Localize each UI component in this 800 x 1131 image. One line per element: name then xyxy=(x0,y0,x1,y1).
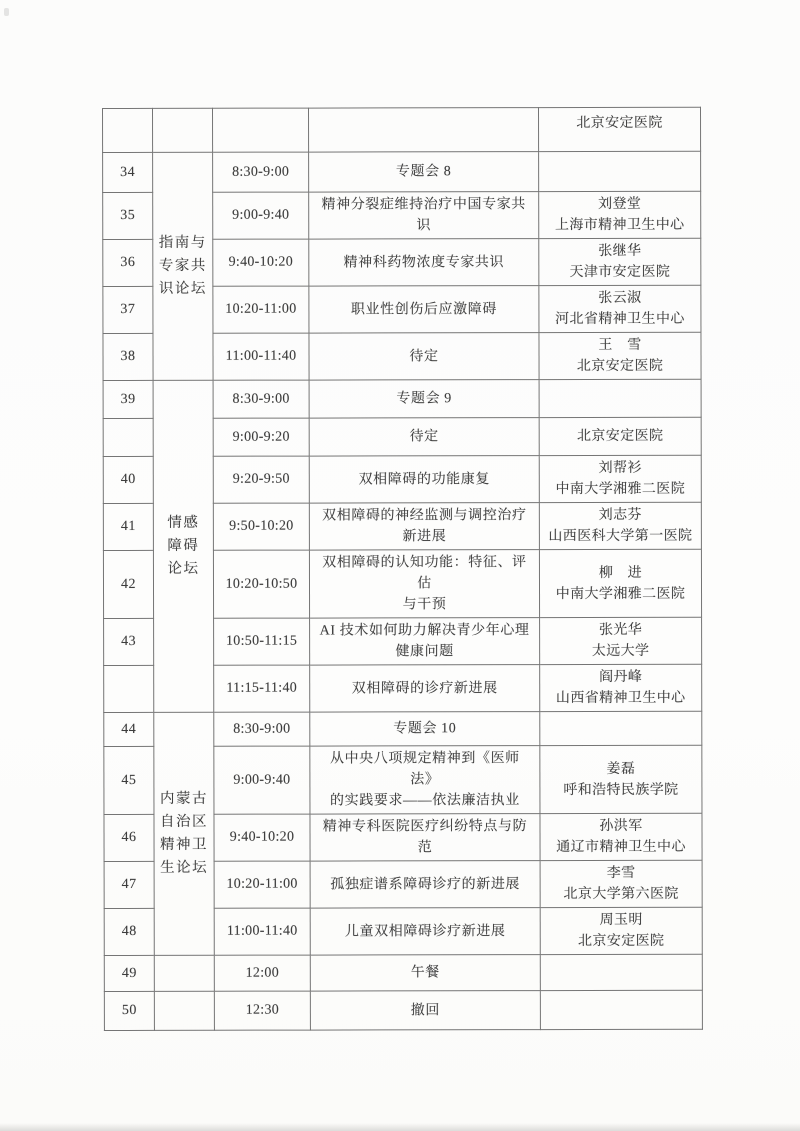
topic-cell: 从中央八项规定精神到《医师法》 的实践要求——依法廉洁执业 xyxy=(310,746,540,814)
table-row: 北京安定医院 xyxy=(103,107,701,152)
row-number-cell: 41 xyxy=(103,503,153,550)
time-cell xyxy=(213,108,309,152)
row-number-cell xyxy=(103,418,153,456)
row-number-cell xyxy=(103,108,153,152)
row-number-cell: 45 xyxy=(104,746,154,814)
time-cell: 9:40-10:20 xyxy=(213,239,309,286)
scan-artifact-mark xyxy=(4,8,9,16)
speaker-cell: 孙洪军 通辽市精神卫生中心 xyxy=(540,813,702,860)
topic-cell: 双相障碍的神经监测与调控治疗 新进展 xyxy=(309,503,539,550)
topic-cell: 儿童双相障碍诊疗新进展 xyxy=(310,908,540,955)
schedule-table: 北京安定医院 34 指南与 专家共 识论坛 8:30-9:00 专题会 8 35… xyxy=(102,107,703,1031)
speaker-cell: 刘帮衫 中南大学湘雅二医院 xyxy=(539,455,701,502)
speaker-cell: 刘志芬 山西医科大学第一医院 xyxy=(539,502,701,549)
time-cell: 9:20-9:50 xyxy=(213,456,309,503)
row-number-cell: 37 xyxy=(103,286,153,333)
time-cell: 9:00-9:40 xyxy=(214,746,310,814)
topic-cell: 双相障碍的诊疗新进展 xyxy=(310,665,540,712)
speaker-cell: 北京安定医院 xyxy=(539,417,701,455)
row-number-cell: 35 xyxy=(103,192,153,239)
speaker-cell: 姜磊 呼和浩特民族学院 xyxy=(540,745,702,813)
speaker-cell: 刘登堂 上海市精神卫生中心 xyxy=(539,191,701,238)
time-cell: 9:00-9:20 xyxy=(213,418,309,456)
table-row: 44 内蒙古 自治区 精神卫 生论坛 8:30-9:00 专题会 10 xyxy=(104,711,702,746)
topic-cell: 午餐 xyxy=(310,955,540,991)
speaker-cell xyxy=(539,379,701,417)
speaker-cell: 李雪 北京大学第六医院 xyxy=(540,860,702,907)
speaker-cell: 阎丹峰 山西省精神卫生中心 xyxy=(540,664,702,711)
topic-cell: 专题会 10 xyxy=(310,712,540,746)
speaker-cell: 柳 进 中南大学湘雅二医院 xyxy=(539,549,701,617)
speaker-cell xyxy=(540,990,702,1029)
topic-cell: 专题会 9 xyxy=(309,380,539,418)
time-cell: 11:00-11:40 xyxy=(213,333,309,380)
speaker-cell: 周玉明 北京安定医院 xyxy=(540,907,702,954)
time-cell: 10:20-11:00 xyxy=(214,861,310,908)
time-cell: 9:50-10:20 xyxy=(213,503,309,550)
scanned-page: 北京安定医院 34 指南与 专家共 识论坛 8:30-9:00 专题会 8 35… xyxy=(0,0,800,1131)
speaker-cell: 张继华 天津市安定医院 xyxy=(539,238,701,285)
table-row: 39 情感 障碍 论坛 8:30-9:00 专题会 9 xyxy=(103,379,701,418)
table-row: 50 12:30 撤回 xyxy=(104,990,702,1030)
forum-cell: 内蒙古 自治区 精神卫 生论坛 xyxy=(154,712,215,955)
speaker-cell: 张光华 太远大学 xyxy=(540,617,702,664)
row-number-cell: 44 xyxy=(104,712,154,746)
time-cell: 12:30 xyxy=(214,991,310,1030)
topic-cell: 撤回 xyxy=(310,991,540,1030)
topic-cell: 孤独症谱系障碍诊疗的新进展 xyxy=(310,861,540,908)
time-cell: 11:00-11:40 xyxy=(214,908,310,955)
speaker-cell xyxy=(539,151,701,191)
speaker-cell xyxy=(540,954,702,990)
row-number-cell: 46 xyxy=(104,814,154,861)
table-row: 49 12:00 午餐 xyxy=(104,954,702,991)
topic-cell: 精神分裂症维持治疗中国专家共识 xyxy=(309,192,539,239)
row-number-cell: 49 xyxy=(104,955,154,991)
row-number-cell xyxy=(104,665,154,712)
forum-cell xyxy=(153,108,213,152)
topic-cell xyxy=(309,108,539,152)
forum-cell: 指南与 专家共 识论坛 xyxy=(153,152,213,380)
row-number-cell: 50 xyxy=(104,991,154,1030)
row-number-cell: 38 xyxy=(103,333,153,380)
forum-cell: 情感 障碍 论坛 xyxy=(153,380,214,712)
speaker-cell xyxy=(540,711,702,745)
topic-cell: 待定 xyxy=(309,333,539,380)
topic-cell: 职业性创伤后应激障碍 xyxy=(309,286,539,333)
row-number-cell: 47 xyxy=(104,861,154,908)
time-cell: 10:50-11:15 xyxy=(214,618,310,665)
topic-cell: 双相障碍的认知功能：特征、评估 与干预 xyxy=(309,550,539,618)
row-number-cell: 43 xyxy=(104,618,154,665)
row-number-cell: 34 xyxy=(103,152,153,192)
table-row: 34 指南与 专家共 识论坛 8:30-9:00 专题会 8 xyxy=(103,151,701,192)
topic-cell: AI 技术如何助力解决青少年心理 健康问题 xyxy=(310,618,540,665)
time-cell: 9:40-10:20 xyxy=(214,814,310,861)
row-number-cell: 40 xyxy=(103,456,153,503)
time-cell: 10:20-10:50 xyxy=(213,550,309,618)
time-cell: 10:20-11:00 xyxy=(213,286,309,333)
speaker-cell: 张云淑 河北省精神卫生中心 xyxy=(539,285,701,332)
topic-cell: 专题会 8 xyxy=(309,152,539,192)
topic-cell: 精神科药物浓度专家共识 xyxy=(309,239,539,286)
topic-cell: 精神专科医院医疗纠纷特点与防范 xyxy=(310,814,540,861)
time-cell: 9:00-9:40 xyxy=(213,192,309,239)
topic-cell: 待定 xyxy=(309,418,539,456)
speaker-cell: 北京安定医院 xyxy=(539,107,701,151)
forum-cell xyxy=(154,991,214,1030)
topic-cell: 双相障碍的功能康复 xyxy=(309,456,539,503)
time-cell: 11:15-11:40 xyxy=(214,665,310,712)
time-cell: 8:30-9:00 xyxy=(213,152,309,192)
scan-shadow xyxy=(0,1123,800,1131)
row-number-cell: 36 xyxy=(103,239,153,286)
speaker-cell: 王 雪 北京安定医院 xyxy=(539,332,701,379)
row-number-cell: 42 xyxy=(103,550,153,618)
forum-cell xyxy=(154,955,214,991)
time-cell: 8:30-9:00 xyxy=(213,380,309,418)
row-number-cell: 48 xyxy=(104,908,154,955)
row-number-cell: 39 xyxy=(103,380,153,418)
time-cell: 8:30-9:00 xyxy=(214,712,310,746)
time-cell: 12:00 xyxy=(214,955,310,991)
